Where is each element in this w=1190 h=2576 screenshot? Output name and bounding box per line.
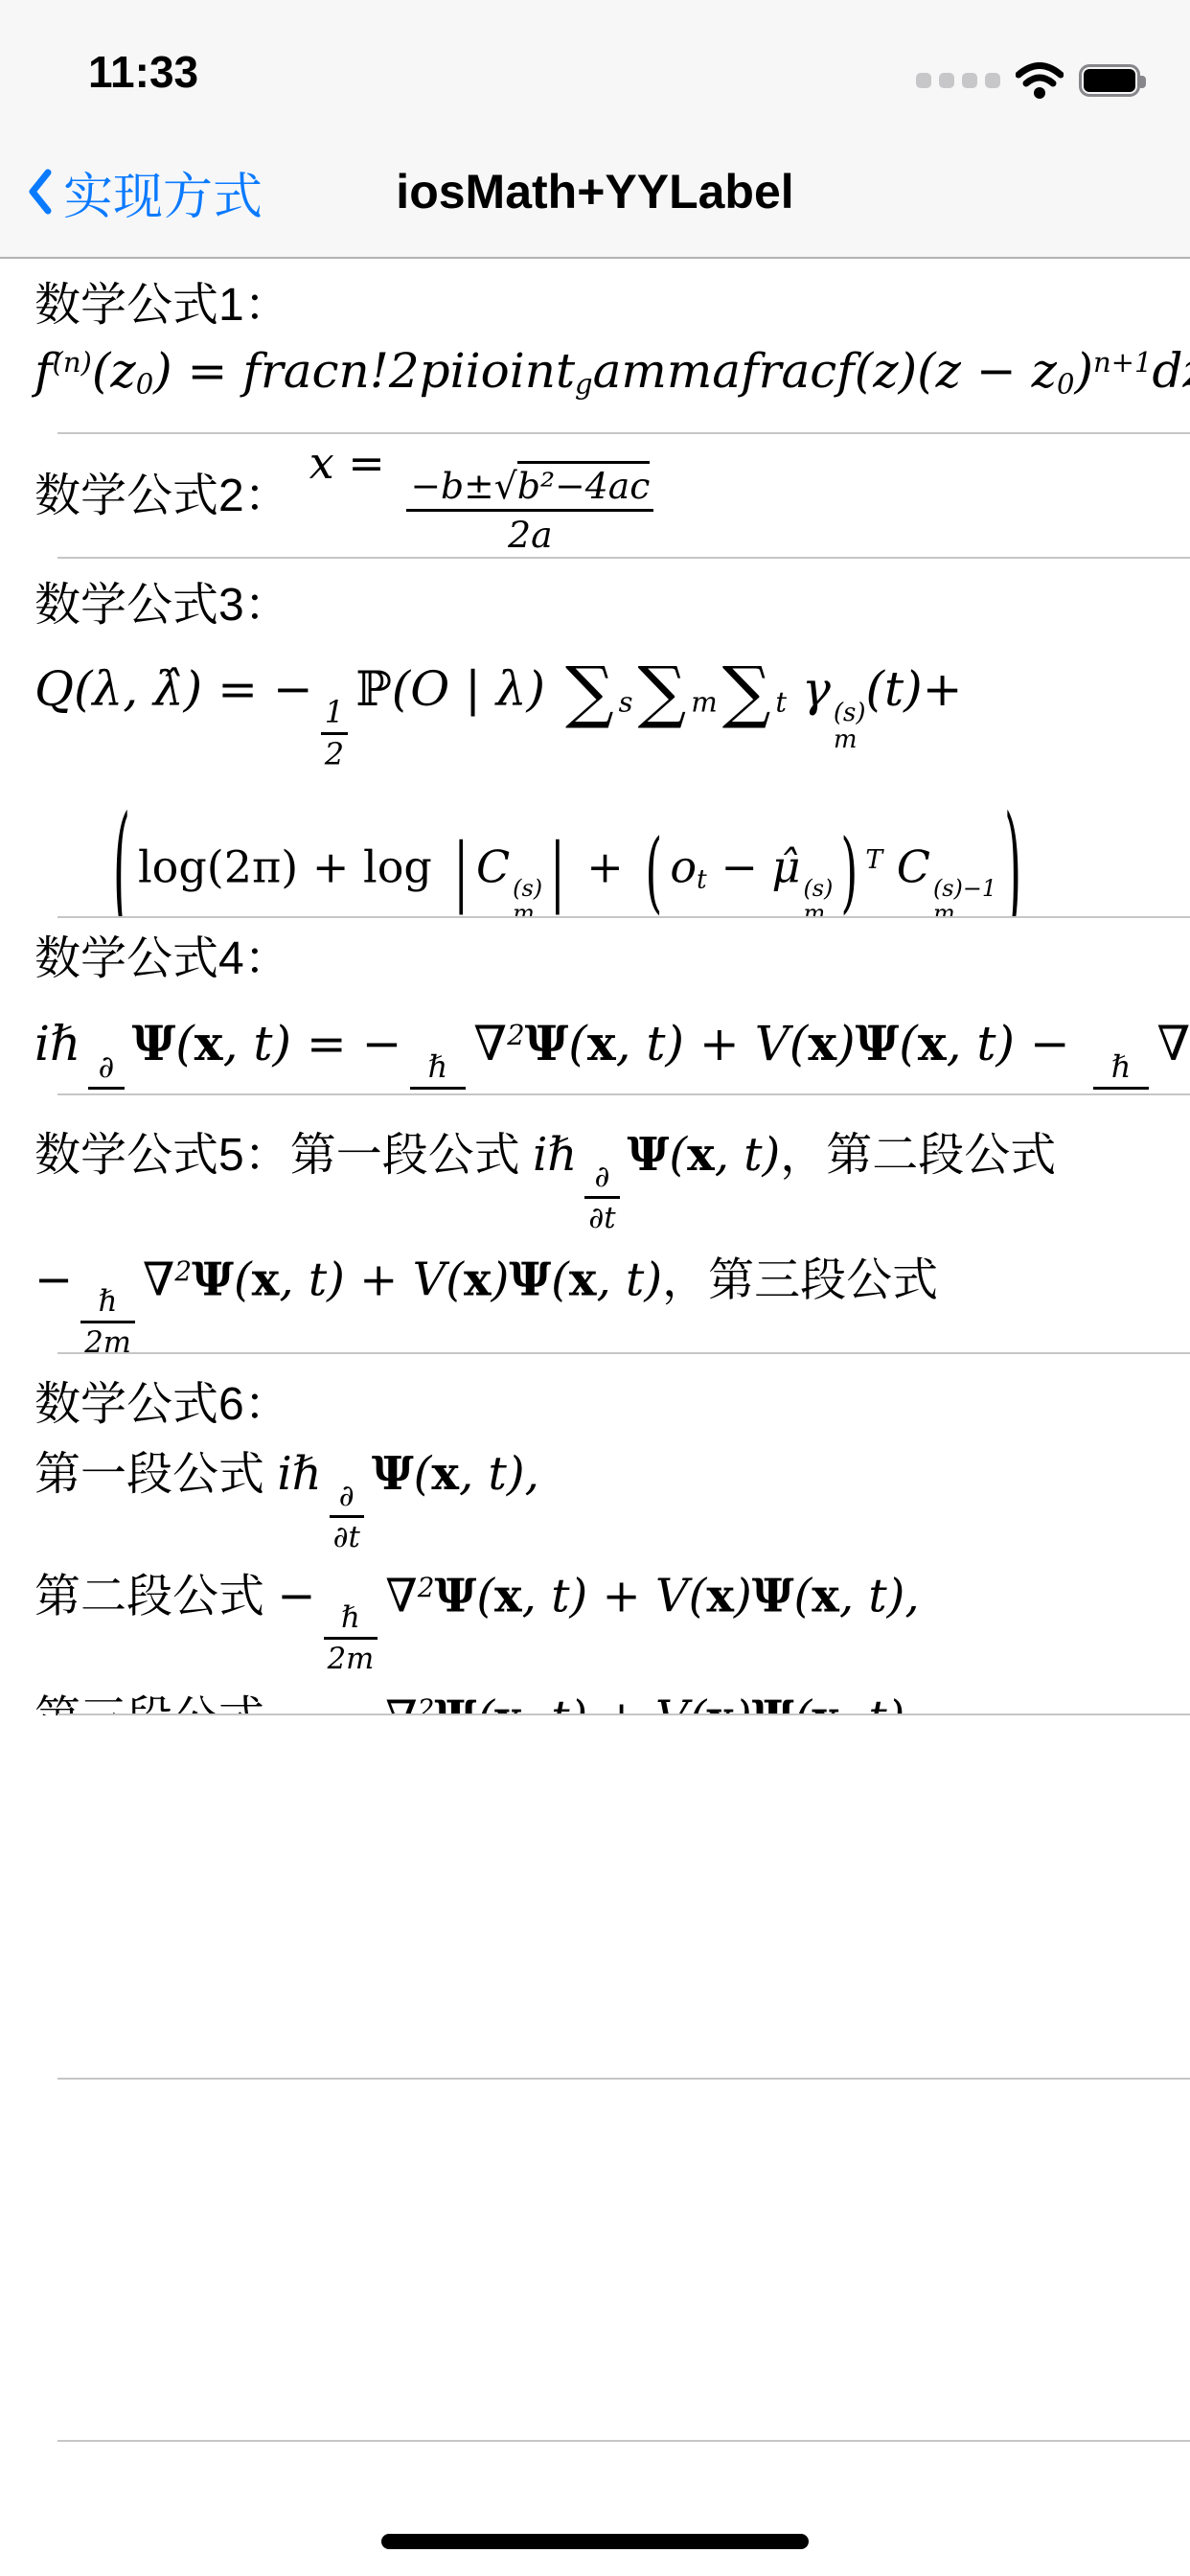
dot-icon bbox=[962, 73, 977, 88]
math-segment: ∂∂t bbox=[88, 1050, 124, 1095]
math-segment: (s)−1 bbox=[933, 877, 996, 902]
top-bars: 11:33 bbox=[0, 0, 1190, 259]
math-segment: + V( bbox=[684, 1016, 808, 1071]
math-segment: γ bbox=[787, 661, 831, 717]
math-segment: Ψ bbox=[132, 1015, 176, 1071]
separator bbox=[57, 2440, 1190, 2442]
formula-table[interactable]: 数学公式1： f(n)(z0) = fracn!2piiointgammafra… bbox=[0, 259, 1190, 2576]
math-segment: x bbox=[569, 1253, 597, 1306]
math-segment: (n) bbox=[53, 346, 92, 379]
math-segment: 2a bbox=[406, 509, 653, 555]
math-segment: ∂∂t bbox=[330, 1480, 364, 1554]
math-segment: ( bbox=[794, 1569, 812, 1622]
formula-line: (log(2π) + log |C(s)m| + (ot − μ̂(s)m)T … bbox=[105, 776, 1190, 918]
math-segment: x bbox=[464, 1253, 492, 1306]
math-segment: ( bbox=[645, 702, 662, 918]
math-segment: x bbox=[494, 1690, 522, 1715]
math-segment: − bbox=[34, 1253, 73, 1306]
math-segment: ∇ bbox=[385, 1690, 418, 1715]
dot-icon bbox=[916, 73, 931, 88]
math-segment: x bbox=[431, 1447, 459, 1501]
math-segment: , t) bbox=[223, 1016, 291, 1071]
math-segment: ( bbox=[899, 1016, 918, 1071]
math-segment: , t) bbox=[839, 1569, 905, 1622]
home-indicator[interactable] bbox=[381, 2534, 809, 2549]
math-segment: C bbox=[882, 841, 930, 893]
math-segment: (s)m bbox=[803, 877, 833, 918]
math-segment: + V( bbox=[587, 1690, 706, 1715]
math-segment: dz bbox=[1152, 343, 1190, 399]
math-segment: Ψ bbox=[434, 1690, 476, 1715]
math-segment: , bbox=[904, 1690, 919, 1715]
table-cell-formula-6: 数学公式6： 第一段公式 iℏ∂∂tΨ(x, t), 第二段公式 −ℏ2m∇2Ψ… bbox=[0, 1354, 1190, 1715]
math-segment: x bbox=[195, 1015, 223, 1071]
math-segment: , t) bbox=[522, 1690, 588, 1715]
math-segment: Ψ bbox=[434, 1569, 476, 1622]
nav-bar: 实现方式 iosMath+YYLabel bbox=[0, 126, 1190, 257]
table-cell-formula-5: 数学公式5：第一段公式 iℏ∂∂tΨ(x, t)，第二段公式 −ℏ2m∇2Ψ(x… bbox=[0, 1095, 1190, 1354]
math-segment: C bbox=[476, 841, 510, 893]
math-segment: Ψ bbox=[525, 1015, 569, 1071]
math-segment: 2 bbox=[507, 1019, 524, 1051]
math-segment: iℏ bbox=[277, 1447, 321, 1501]
math-segment: x bbox=[812, 1690, 839, 1715]
math-segment: ) bbox=[1074, 343, 1093, 399]
math-segment: , t) bbox=[616, 1016, 684, 1071]
math-segment: −b±√b²−4ac bbox=[406, 461, 653, 509]
math-segment: n+1 bbox=[1093, 346, 1152, 379]
wifi-icon bbox=[1016, 62, 1064, 99]
math-segment: Ψ bbox=[372, 1447, 414, 1501]
math-segment: ∑ bbox=[722, 652, 771, 731]
math-segment: (O | λ) bbox=[392, 661, 561, 717]
table-cell-empty bbox=[0, 2080, 1190, 2442]
math-segment: ℏ2m bbox=[410, 1050, 467, 1095]
math-segment: o bbox=[670, 841, 697, 893]
math-segment: Q bbox=[34, 661, 74, 717]
math-segment: ( bbox=[175, 1016, 195, 1071]
math-segment: x bbox=[706, 1569, 734, 1622]
math-segment: , bbox=[525, 1447, 539, 1501]
formula-line: f(n)(z0) = fracn!2piiointgammafracf(z)(z… bbox=[34, 343, 1190, 400]
math-segment: x bbox=[812, 1569, 839, 1622]
math-segment: ℏ bbox=[1093, 1050, 1150, 1088]
math-segment: ∇ bbox=[143, 1253, 175, 1306]
math-segment: (λ, λ̂) = − bbox=[74, 661, 313, 717]
math-segment: √ bbox=[494, 466, 517, 506]
math-segment: ∇ bbox=[385, 1569, 418, 1622]
math-segment: ( bbox=[234, 1253, 252, 1306]
math-segment: ) bbox=[734, 1690, 752, 1715]
battery-level bbox=[1084, 69, 1135, 92]
math-segment: | bbox=[550, 727, 565, 918]
math-segment: x bbox=[252, 1253, 280, 1306]
math-segment: ℏ2m bbox=[1093, 1050, 1150, 1095]
math-segment: ∑ bbox=[565, 652, 614, 731]
math-segment: iℏ bbox=[34, 1016, 80, 1071]
math-segment: 2 bbox=[174, 1255, 192, 1287]
math-segment: ℏ2m bbox=[80, 1285, 135, 1354]
math-segment: iℏ bbox=[533, 1128, 577, 1182]
math-segment: , t) bbox=[597, 1253, 663, 1306]
math-segment: x bbox=[587, 1015, 616, 1071]
math-segment: ∂t bbox=[584, 1196, 619, 1234]
math-segment: √b²−4ac bbox=[494, 461, 651, 506]
math-segment: 12 bbox=[321, 696, 348, 773]
math-segment: ( bbox=[794, 1690, 812, 1715]
math-segment: Ψ bbox=[192, 1253, 234, 1306]
math-segment: m bbox=[691, 685, 718, 718]
status-icons bbox=[916, 59, 1140, 102]
math-segment: −b± bbox=[410, 465, 493, 507]
math-segment: x bbox=[494, 1569, 522, 1622]
math-segment: , bbox=[904, 1569, 919, 1622]
math-segment: + V( bbox=[587, 1569, 706, 1622]
dot-icon bbox=[985, 73, 1000, 88]
table-cell-empty bbox=[0, 1715, 1190, 2080]
math-segment: ( bbox=[669, 1128, 687, 1182]
status-time: 11:33 bbox=[88, 46, 198, 98]
math-segment: 1 bbox=[321, 696, 348, 733]
page-title: iosMath+YYLabel bbox=[163, 126, 1027, 257]
formula-line: −ℏ2m∇2Ψ(x, t) + V(x)Ψ(x, t)，第三段公式 bbox=[34, 1235, 1190, 1354]
math-segment: ∂ bbox=[330, 1480, 364, 1515]
formula-line: 第三段公式 −ℏ2m∇2Ψ(x, t) + V(x)Ψ(x, t), bbox=[34, 1676, 1190, 1715]
cellular-dots-icon bbox=[916, 73, 1000, 88]
math-segment: − μ̂ bbox=[707, 841, 801, 893]
math-segment: ∇ bbox=[1156, 1016, 1190, 1071]
math-segment: Ψ bbox=[856, 1015, 900, 1071]
math-segment: f bbox=[34, 343, 53, 399]
math-segment: ，第三段公式 bbox=[662, 1254, 938, 1305]
table-cell-formula-4: 数学公式4： iℏ∂∂tΨ(x, t) = −ℏ2m∇2Ψ(x, t) + V(… bbox=[0, 918, 1190, 1095]
math-segment: ) bbox=[492, 1253, 510, 1306]
math-segment: 2m bbox=[80, 1321, 135, 1354]
math-segment: x = bbox=[309, 437, 400, 489]
math-segment: ∂∂t bbox=[584, 1161, 619, 1235]
math-segment: ( bbox=[551, 1253, 569, 1306]
math-segment: −b±√b²−4ac2a bbox=[406, 461, 653, 555]
math-segment: 2 bbox=[321, 732, 348, 772]
math-segment: ( bbox=[476, 1690, 494, 1715]
formula-line: iℏ∂∂tΨ(x, t) = −ℏ2m∇2Ψ(x, t) + V(x)Ψ(x, … bbox=[34, 995, 1190, 1095]
math-segment: ℏ bbox=[410, 1050, 467, 1088]
table-cell-formula-3: 数学公式3： Q(λ, λ̂) = −12ℙ(O | λ) ∑s∑m∑t γ(s… bbox=[0, 559, 1190, 918]
math-segment: 2m bbox=[324, 1637, 378, 1675]
math-segment: ( bbox=[568, 1016, 587, 1071]
formula-label: 数学公式4： bbox=[34, 933, 1190, 985]
formula-label: 数学公式2： bbox=[34, 471, 290, 522]
math-segment: , t) bbox=[459, 1447, 525, 1501]
math-segment: ammafracf(z)(z − z bbox=[593, 343, 1057, 399]
math-segment: 0 bbox=[136, 367, 153, 400]
math-segment: (s)m bbox=[513, 877, 542, 918]
formula-line: 第二段公式 −ℏ2m∇2Ψ(x, t) + V(x)Ψ(x, t), bbox=[34, 1554, 1190, 1676]
math-segment: ℏ2m bbox=[324, 1601, 378, 1676]
math-segment: − bbox=[277, 1569, 315, 1622]
math-segment: x bbox=[706, 1690, 734, 1715]
dot-icon bbox=[939, 73, 954, 88]
table-cell-formula-2: 数学公式2： x = −b±√b²−4ac2a bbox=[0, 434, 1190, 559]
formula-line: 第一段公式 iℏ∂∂tΨ(x, t), bbox=[34, 1440, 1190, 1554]
math-segment: , t) bbox=[522, 1569, 588, 1622]
math-segment: x bbox=[808, 1015, 836, 1071]
math-segment: (t)+ bbox=[866, 661, 963, 717]
math-segment: T bbox=[865, 845, 882, 875]
math-segment: 第三段公式 bbox=[34, 1692, 277, 1715]
math-segment: t bbox=[697, 865, 707, 895]
math-segment: Ψ bbox=[509, 1253, 551, 1306]
math-segment: x bbox=[918, 1015, 947, 1071]
math-segment: ) = fracn!2piioint bbox=[153, 343, 575, 399]
math-segment: 2 bbox=[418, 1572, 435, 1603]
math-segment: | bbox=[453, 727, 469, 918]
math-segment: ℏ bbox=[324, 1601, 378, 1637]
formula-line: 数学公式5：第一段公式 iℏ∂∂tΨ(x, t)，第二段公式 bbox=[34, 1118, 1190, 1235]
math-segment: − bbox=[1015, 1016, 1086, 1071]
math-segment: , t) bbox=[839, 1690, 905, 1715]
math-segment: ) bbox=[734, 1569, 752, 1622]
math-segment: − bbox=[277, 1690, 315, 1715]
math-segment: ∇ bbox=[473, 1016, 507, 1071]
math-segment: (s) bbox=[513, 877, 542, 902]
math-segment: 第一段公式 bbox=[34, 1449, 277, 1500]
math-segment: ( bbox=[476, 1569, 494, 1622]
math-segment: 0 bbox=[1057, 367, 1074, 400]
math-segment: , t) bbox=[715, 1128, 781, 1182]
math-segment: s bbox=[619, 685, 633, 718]
math-segment: Ψ bbox=[752, 1569, 794, 1622]
math-segment: ( bbox=[113, 585, 130, 918]
battery-nub bbox=[1140, 76, 1146, 88]
status-bar: 11:33 bbox=[0, 0, 1190, 126]
math-segment: b²−4ac bbox=[517, 461, 650, 506]
math-segment: ) bbox=[840, 702, 858, 918]
math-segment: + V( bbox=[345, 1253, 464, 1306]
math-segment: (s) bbox=[803, 877, 833, 902]
math-segment: Ψ bbox=[628, 1128, 670, 1182]
math-segment: , t) bbox=[279, 1253, 345, 1306]
math-segment: Ψ bbox=[752, 1690, 794, 1715]
math-segment: , t) bbox=[947, 1016, 1015, 1071]
math-segment: 第二段公式 bbox=[34, 1571, 277, 1621]
math-segment: (z bbox=[92, 343, 136, 399]
formula-label: 数学公式1： bbox=[34, 280, 1190, 332]
math-segment: ) bbox=[1004, 585, 1021, 918]
table-cell-formula-1: 数学公式1： f(n)(z0) = fracn!2piiointgammafra… bbox=[0, 261, 1190, 434]
math-segment: 2 bbox=[418, 1693, 435, 1715]
formula-label: 数学公式6： bbox=[34, 1375, 1190, 1435]
math-segment: ℙ bbox=[355, 661, 392, 717]
math-segment: ，第二段公式 bbox=[780, 1130, 1056, 1181]
formula-line: x = −b±√b²−4ac2a bbox=[309, 437, 662, 555]
math-segment: (s)−1m bbox=[933, 877, 996, 918]
math-segment: ℏ bbox=[80, 1285, 135, 1321]
math-segment: 数学公式5：第一段公式 bbox=[34, 1130, 533, 1181]
math-segment: = − bbox=[291, 1016, 402, 1071]
math-segment: ∂t bbox=[330, 1515, 364, 1553]
math-segment: x bbox=[687, 1128, 715, 1182]
math-segment: t bbox=[775, 685, 787, 718]
math-segment: ( bbox=[414, 1447, 432, 1501]
math-segment: ) bbox=[836, 1016, 856, 1071]
math-segment: + bbox=[573, 841, 638, 893]
math-segment: g bbox=[575, 367, 593, 400]
app-screen: { "colors": {"accent_blue": "#0a7aff", "… bbox=[0, 0, 1190, 2576]
battery-icon bbox=[1079, 64, 1140, 97]
math-segment: ∂ bbox=[88, 1050, 124, 1088]
back-chevron-icon bbox=[27, 169, 52, 215]
math-segment: log(2π) + log bbox=[138, 841, 446, 893]
math-segment: ∂ bbox=[584, 1161, 619, 1196]
